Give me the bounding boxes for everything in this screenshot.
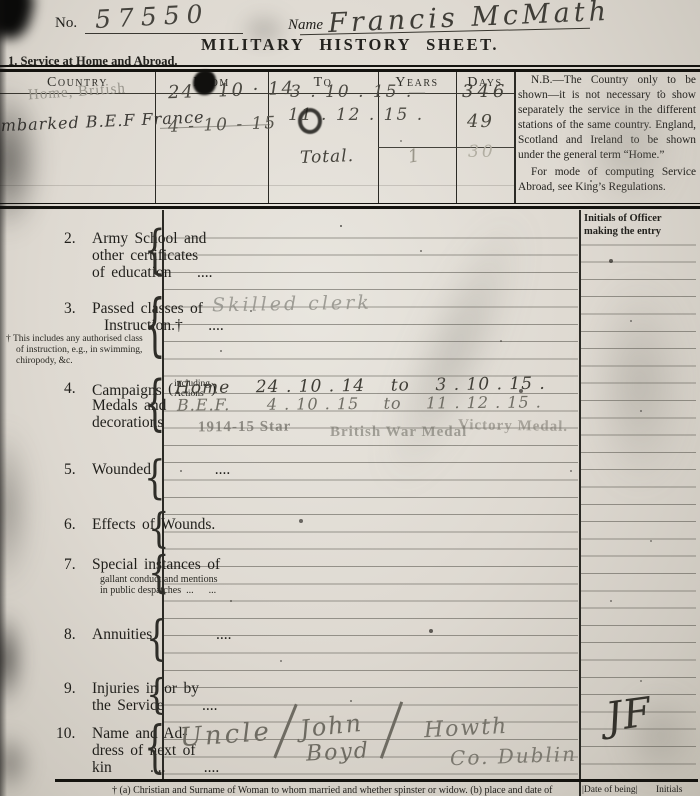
paper-specks [340,225,342,227]
total-years-entry: 1 [406,145,421,168]
section6-number: 6. [64,516,76,533]
no-label: No. [55,15,77,32]
divider-line [0,69,700,72]
kin-county-handwriting: Co. Dublin [450,742,578,770]
no-underline [85,33,243,34]
officer-column-header: Initials of Officer making the entry [584,213,694,238]
divider-line [0,65,700,67]
stain-right-top [580,80,675,210]
footer-initials-label: Initials [656,785,682,795]
campaigns-entry-2: B.E.F. 4 . 10 . 15 to 11 . 12 . 15 . [177,392,542,414]
section10-number: 10. [56,725,75,742]
page-title: MILITARY HISTORY SHEET. [0,35,700,55]
table-vertical-line [514,72,516,203]
section2-number: 2. [64,230,76,247]
kin-last-name-handwriting: Boyd [305,738,370,766]
section6-brace [148,509,170,550]
section3-footnote-1: † This includes any authorised class [6,334,143,345]
table-vertical-line [155,72,156,203]
section4-brace [144,374,166,434]
kin-relation-handwriting: Uncle [179,717,273,753]
scan-edge-shadow [0,0,7,796]
initials-column-line [579,210,581,796]
medal-stamp-1914-15-star: 1914-15 Star [198,419,291,437]
footer-date-of-being: |Date of being| [582,785,638,795]
section1-heading: 1. Service at Home and Abroad. [8,54,178,69]
total-label-entry: Total. [300,146,355,168]
section5-number: 5. [64,461,76,478]
stain-right-middle [592,280,687,490]
medal-stamp-victory-medal: Victory Medal. [458,417,568,436]
section10-brace [144,720,166,776]
section10-label-1: Name and Ad- [92,725,187,742]
section4-number: 4. [64,380,76,397]
ink-blob [193,70,216,95]
section3-footnote-3: chiropody, &c. [16,356,73,367]
footer-rule [55,779,698,782]
row1-years-entry: — [378,84,456,102]
stain-header [238,12,290,48]
section7-number: 7. [64,556,76,573]
section8-number: 8. [64,626,76,643]
section3-footnote-2: of instruction, e.g., in swimming, [16,345,142,356]
section3-brace [144,292,166,360]
table-vertical-line [456,72,457,203]
row1-days-entry: 346 [462,81,508,102]
total-days-entry: 30 [468,142,496,162]
row1-from-entry: 24 · 10 · 14 [168,78,296,103]
footer-note-text: † (a) Christian and Surname of Woman to … [112,785,552,796]
military-history-sheet: No. 57550 Name Francis McMath MILITARY H… [0,0,700,796]
section3-number: 3. [64,300,76,317]
name-label: Name [288,17,323,34]
kin-place-handwriting: Howth [423,714,508,743]
section7-brace [148,551,170,595]
ink-ring [298,108,322,134]
row2-days-entry: 49 [467,111,494,132]
stain-right-bottom [620,690,700,780]
section3-entry-handwriting: Skilled clerk [212,292,372,317]
section9-number: 9. [64,680,76,697]
section2-brace [144,224,166,277]
table-faint-line [0,185,514,186]
service-number-value: 57550 [94,0,210,34]
section5-brace [144,455,166,501]
section9-brace [146,675,168,716]
section8-brace [146,615,168,663]
